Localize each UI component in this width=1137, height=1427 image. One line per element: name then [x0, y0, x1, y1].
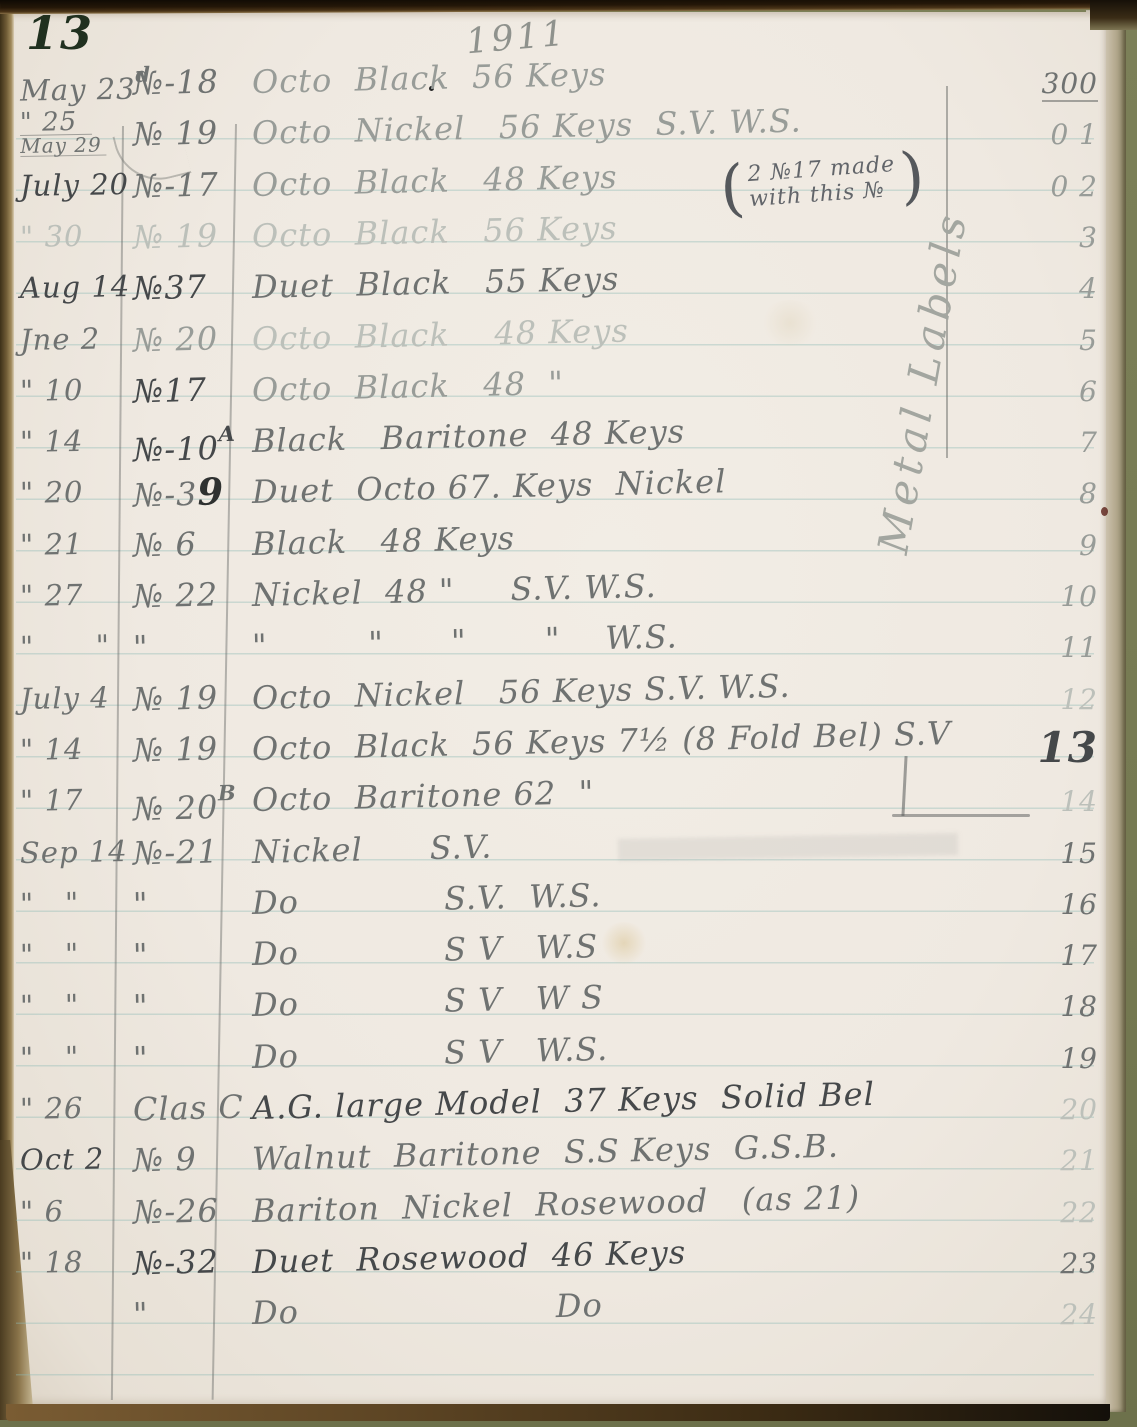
serial-number-cell: 19 [1002, 1036, 1102, 1082]
date-text: July 20 [20, 167, 130, 203]
serial-number: 3 [1079, 221, 1098, 254]
date-text: Sep 14 [20, 834, 128, 870]
date-cell: " " [20, 620, 131, 672]
serial-number-cell: 10 [1002, 574, 1102, 620]
date-text: " 14 [20, 732, 84, 767]
date-cell: " 14 [20, 723, 131, 775]
serial-number: 17 [1060, 939, 1098, 972]
instrument-number: " [133, 1039, 150, 1077]
serial-number-cell: 17 [1002, 933, 1102, 979]
instrument-number-cell: " [132, 620, 251, 673]
date-text: " 17 [20, 783, 84, 818]
date-cell: " 26 [20, 1082, 131, 1134]
serial-number: 9 [1079, 529, 1098, 562]
instrument-number: №-10 [133, 429, 220, 469]
instrument-number-cell: № 6 [132, 517, 251, 570]
serial-number-cell: 16 [1002, 882, 1102, 928]
date-cell: July 20 [20, 159, 131, 211]
serial-number-cell: 11 [1002, 625, 1102, 671]
book-top-edge-right [1090, 0, 1137, 30]
date-cell: " " [20, 979, 131, 1031]
instrument-number: №-17 [133, 165, 220, 205]
instrument-number-cell: № 20 [132, 312, 251, 365]
serial-number-cell: 21 [1002, 1138, 1102, 1184]
serial-number: 10 [1060, 580, 1098, 613]
serial-number: 21 [1060, 1144, 1098, 1177]
serial-number: 5 [1079, 324, 1098, 357]
serial-number-cell: 24 [1002, 1292, 1102, 1338]
book-bottom-edge [6, 1404, 1110, 1421]
date-cell: " 20 [20, 466, 131, 518]
instrument-number-cell: № 19 [132, 209, 251, 262]
serial-number: 12 [1060, 683, 1098, 716]
instrument-number-cell: № 9 [132, 1133, 251, 1186]
instrument-number: №-3 [133, 475, 198, 515]
instrument-number: № 19 [133, 114, 219, 154]
instrument-number: № 9 [133, 1140, 198, 1180]
instrument-number: № 19 [133, 729, 219, 769]
date-cell: Aug 14 [20, 261, 131, 313]
serial-number: 18 [1060, 990, 1098, 1023]
serial-number-cell: 20 [1002, 1087, 1102, 1133]
date-cell: " 17 [20, 774, 131, 826]
serial-number: 11 [1060, 631, 1098, 664]
date-text: " 20 [20, 475, 84, 510]
instrument-number-cell: № 19 [132, 722, 251, 775]
serial-number-cell: 22 [1002, 1190, 1102, 1236]
instrument-number: " [133, 936, 150, 974]
instrument-number-cell: №-17 [132, 158, 251, 211]
date-cell: Oct 2 [20, 1133, 131, 1185]
serial-number-cell: 4 [1002, 266, 1102, 312]
serial-number-cell: 9 [1002, 523, 1102, 569]
date-text: " 21 [20, 527, 84, 562]
ledger-page-scan: 13 1911 Metal Labels ( 2 №17 made with t… [0, 0, 1137, 1427]
instrument-number-cell: №-39 [132, 466, 251, 521]
instrument-number-cell: № 22 [132, 568, 251, 621]
serial-number-cell: 3 [1002, 215, 1102, 261]
serial-number: 13 [1038, 723, 1098, 772]
instrument-number: №17 [133, 370, 208, 410]
date-cell: " 25May 29 [20, 107, 131, 157]
date-text: " 6 [20, 1194, 65, 1229]
date-cell: " 6 [20, 1185, 131, 1237]
serial-number: 4 [1079, 272, 1098, 305]
date-cell: " " [20, 877, 131, 929]
serial-number: 20 [1060, 1093, 1098, 1126]
date-text: Oct 2 [20, 1142, 105, 1177]
serial-number: 6 [1079, 375, 1098, 408]
instrument-number: № 6 [133, 525, 198, 565]
instrument-number-cell: №-26 [132, 1184, 251, 1237]
number-superscript: B [218, 780, 236, 805]
serial-number: 22 [1060, 1196, 1098, 1229]
date-cell: " 21 [20, 518, 131, 570]
instrument-number-cell: " [132, 979, 251, 1032]
serial-number: 15 [1060, 837, 1098, 870]
number-superscript: A [218, 421, 235, 446]
date-text: " " [20, 937, 80, 972]
instrument-number: " [133, 988, 150, 1026]
serial-number: 23 [1060, 1247, 1098, 1280]
serial-number-cell: 0 2 [1002, 164, 1102, 210]
date-text: July 4 [20, 680, 110, 716]
date-cell: Jne 2 [20, 313, 131, 365]
date-text: " 26 [20, 1091, 84, 1126]
date-text: " " [20, 886, 80, 921]
serial-number: 7 [1079, 426, 1098, 459]
serial-number: 300 [1042, 67, 1098, 102]
instrument-number-cell: " [132, 876, 251, 929]
instrument-number-cell: №-32 [132, 1235, 251, 1288]
date-cell: " 27 [20, 569, 131, 621]
instrument-number-cell: №37 [132, 261, 251, 314]
serial-number-cell: 12 [1002, 677, 1102, 723]
serial-number-cell: 0 1 [1002, 112, 1102, 158]
date-text: " " [20, 1040, 80, 1075]
instrument-number-cell: Clas C [132, 1081, 251, 1134]
date-text: " 10 [20, 373, 84, 408]
instrument-number-cell: № 19 [132, 107, 251, 160]
date-cell [20, 1287, 130, 1289]
serial-number: 0 1 [1050, 118, 1098, 151]
instrument-number: № 19 [133, 216, 219, 256]
serial-number-cell: 300 [1002, 61, 1102, 107]
instrument-number-cell: " [132, 1287, 251, 1340]
instrument-number: №-21 [133, 832, 220, 872]
date-cell: " 30 [20, 210, 131, 262]
serial-number: 19 [1060, 1042, 1098, 1075]
serial-number-cell: 14 [1002, 779, 1102, 825]
instrument-number: " [133, 1295, 150, 1333]
date-correction: May 29 [20, 135, 106, 157]
instrument-number-cell: №17 [132, 363, 251, 416]
instrument-number-cell: №-18 [132, 55, 251, 108]
instrument-number: " [133, 885, 150, 923]
serial-number: 0 2 [1050, 170, 1098, 203]
serial-number: 16 [1060, 888, 1098, 921]
serial-number-cell: 6 [1002, 369, 1102, 415]
date-text: " 14 [20, 424, 84, 459]
instrument-number: № 19 [133, 678, 219, 718]
date-text: " 18 [20, 1245, 84, 1280]
instrument-number: №-26 [133, 1191, 220, 1231]
instrument-number: №-32 [133, 1242, 220, 1282]
instrument-number-cell: " [132, 1030, 251, 1083]
date-text: " 27 [20, 578, 84, 613]
serial-number-cell: 15 [1002, 831, 1102, 877]
date-text: May 23 [20, 72, 136, 108]
date-text: " " [20, 988, 80, 1023]
date-text: " " [20, 629, 111, 665]
date-cell: " 14 [20, 415, 131, 467]
instrument-number-cell: № 19 [132, 671, 251, 724]
date-cell: Sep 14 [20, 826, 131, 878]
serial-number-cell: 23 [1002, 1241, 1102, 1287]
page-number: 13 [26, 6, 94, 60]
serial-number-cell: 18 [1002, 984, 1102, 1030]
instrument-number: " [133, 628, 150, 666]
instrument-number: № 20 [133, 319, 219, 359]
serial-number-cell: 8 [1002, 471, 1102, 517]
number-overwrite: 9 [197, 470, 225, 515]
serial-number: 14 [1060, 785, 1098, 818]
date-cell: " 10 [20, 364, 131, 416]
date-text: Aug 14 [20, 269, 131, 305]
serial-number-cell: 5 [1002, 318, 1102, 364]
date-cell: " " [20, 928, 131, 980]
instrument-number-cell: №-21 [132, 825, 251, 878]
serial-number: 24 [1060, 1298, 1098, 1331]
serial-number-cell: 7 [1002, 420, 1102, 466]
date-cell: " " [20, 1031, 131, 1083]
date-text: Jne 2 [20, 321, 101, 356]
instrument-number: Clas C [133, 1088, 245, 1129]
date-cell: July 4 [20, 672, 131, 724]
serial-number-cell: 13 [1002, 728, 1102, 768]
date-cell: " 18 [20, 1236, 131, 1288]
ledger-row: "Do Do24 [0, 1288, 1137, 1340]
instrument-number: №-18 [133, 62, 220, 102]
instrument-number-cell: " [132, 928, 251, 981]
instrument-number: № 22 [133, 575, 219, 615]
instrument-number: №37 [133, 268, 208, 308]
serial-number: 8 [1079, 477, 1098, 510]
instrument-number: № 20 [133, 788, 219, 828]
date-text: " 30 [20, 219, 84, 254]
